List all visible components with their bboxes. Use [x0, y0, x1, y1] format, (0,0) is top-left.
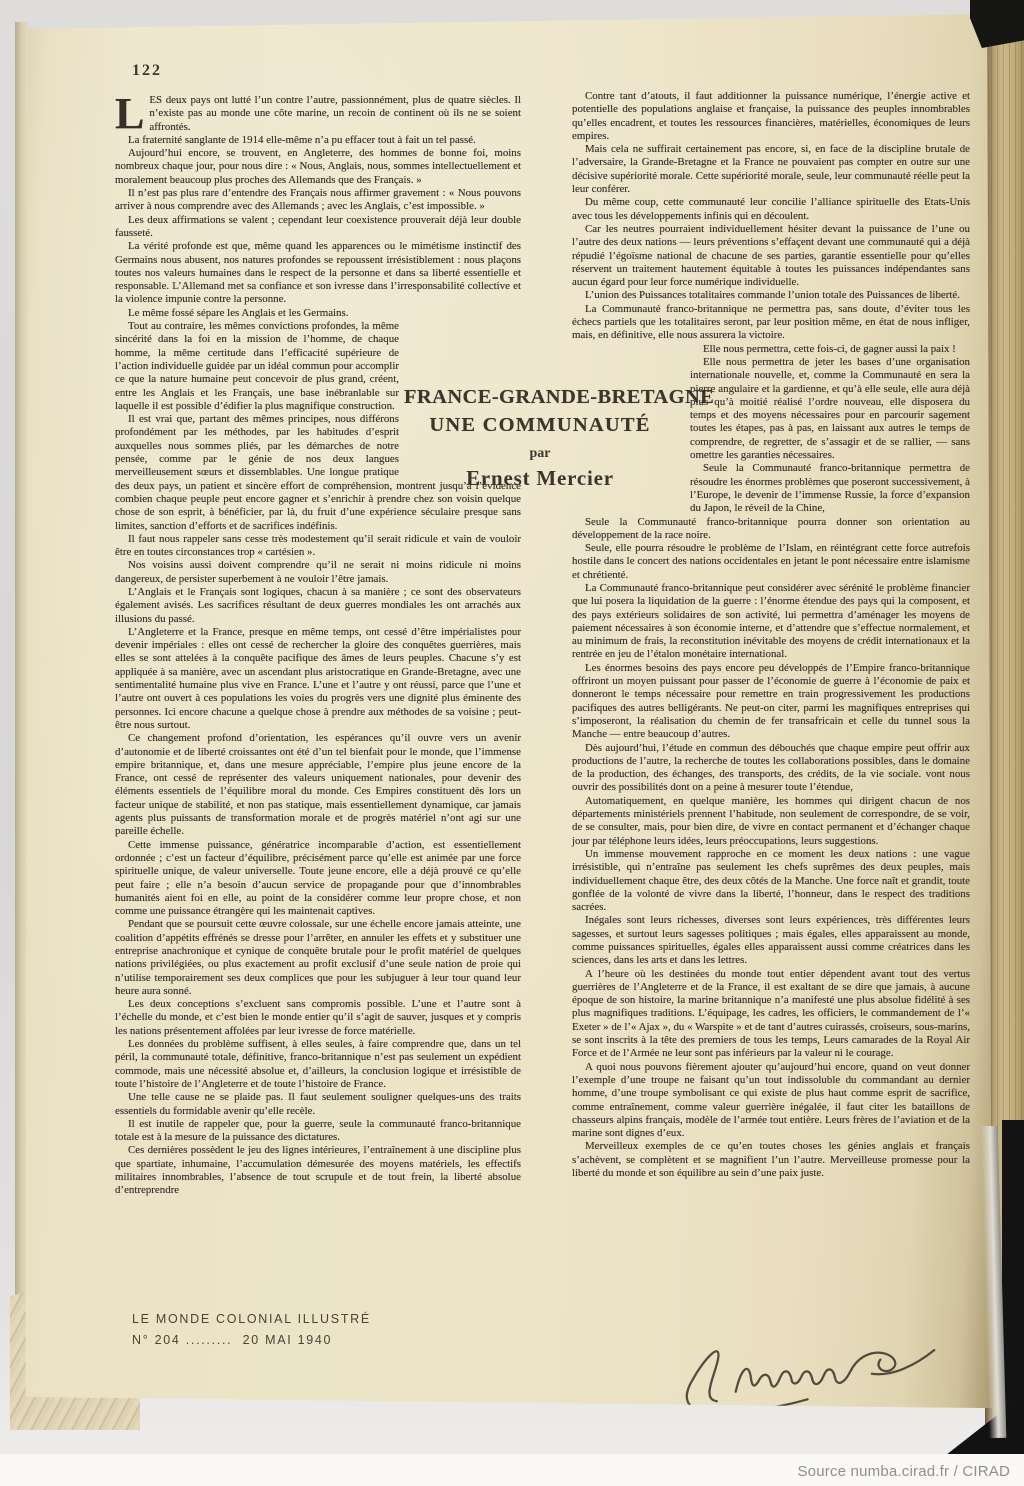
paragraph: Seule la Communauté franco-britannique p…	[572, 516, 970, 543]
paragraph: Un immense mouvement rapproche en ce mom…	[572, 848, 970, 914]
paragraph: LES deux pays ont lutté l’un contre l’au…	[115, 94, 521, 134]
footer-journal-name: LE MONDE COLONIAL ILLUSTRÉ	[132, 1312, 371, 1326]
paragraph: Les énormes besoins des pays encore peu …	[572, 662, 970, 742]
paragraph: La Communauté franco-britannique ne perm…	[572, 303, 970, 343]
title-wrap-spacer	[572, 343, 690, 515]
paragraph: Dès aujourd’hui, l’étude en commun des d…	[572, 742, 970, 795]
watermark-text: Source numba.cirad.fr / CIRAD	[797, 1463, 1010, 1480]
paragraph: Mais cela ne suffirait certainement pas …	[572, 143, 970, 196]
magazine-page: 122 LES deux pays ont lutté l’un contre …	[24, 14, 992, 1418]
page-footer: LE MONDE COLONIAL ILLUSTRÉ N° 204 ......…	[132, 1312, 371, 1347]
paragraph: Pendant que se poursuit cette œuvre colo…	[115, 918, 521, 998]
paragraph: Ce changement profond d’orientation, les…	[115, 732, 521, 838]
paragraph: Contre tant d’atouts, il faut additionne…	[572, 90, 970, 143]
paragraph: Aujourd’hui encore, se trouvent, en Angl…	[115, 147, 521, 187]
paragraph: La vérité profonde est que, même quand l…	[115, 240, 521, 306]
page-number: 122	[132, 62, 162, 80]
paragraph: L’union des Puissances totalitaires comm…	[572, 289, 970, 302]
paragraph: Cette immense puissance, génératrice inc…	[115, 839, 521, 919]
scanned-magazine-photo: { "watermark": { "text": "Source numba.c…	[0, 0, 1024, 1486]
watermark-bar: Source numba.cirad.fr / CIRAD	[0, 1454, 1024, 1486]
paragraph: Il faut nous rappeler sans cesse très mo…	[115, 533, 521, 560]
signature-strokes	[640, 1318, 960, 1422]
footer-issue-date: N° 204 ......... 20 MAI 1940	[132, 1333, 371, 1347]
paragraph: Une telle cause ne se plaide pas. Il fau…	[115, 1091, 521, 1118]
paragraph: Les données du problème suffisent, à ell…	[115, 1038, 521, 1091]
paragraph: La fraternité sanglante de 1914 elle-mêm…	[115, 134, 521, 147]
paragraph: Automatiquement, en quelque manière, les…	[572, 795, 970, 848]
paragraph: A quoi nous pouvons fièrement ajouter qu…	[572, 1061, 970, 1141]
paragraph: Car les neutres pourraient individuellem…	[572, 223, 970, 289]
paragraph: Merveilleux exemples de ce qu’en toutes …	[572, 1140, 970, 1180]
paragraph: L’Anglais et le Français sont logiques, …	[115, 586, 521, 626]
paragraph: Nos voisins aussi doivent comprendre qu’…	[115, 559, 521, 586]
paragraph: Inégales sont leurs richesses, diverses …	[572, 914, 970, 967]
paragraph: Du même coup, cette communauté leur conc…	[572, 196, 970, 223]
left-column: LES deux pays ont lutté l’un contre l’au…	[115, 94, 521, 1198]
paragraph: L’Angleterre et la France, presque en mê…	[115, 626, 521, 732]
paragraph: Le même fossé sépare les Anglais et les …	[115, 307, 521, 320]
drop-cap: L	[115, 94, 149, 132]
paragraph: Il est inutile de rappeler que, pour la …	[115, 1118, 521, 1145]
paragraph: Ces dernières possèdent le jeu des ligne…	[115, 1144, 521, 1197]
paragraph: Les deux conceptions s’excluent sans com…	[115, 998, 521, 1038]
paragraph: Seule, elle pourra résoudre le problème …	[572, 542, 970, 582]
right-column: Contre tant d’atouts, il faut additionne…	[572, 90, 970, 1180]
handwritten-signature	[640, 1318, 960, 1422]
paragraph: Les deux affirmations se valent ; cepend…	[115, 214, 521, 241]
paragraph: A l’heure où les destinées du monde tout…	[572, 968, 970, 1061]
paragraph: La Communauté franco-britannique peut co…	[572, 582, 970, 662]
paragraph: Il n’est pas plus rare d’entendre des Fr…	[115, 187, 521, 214]
